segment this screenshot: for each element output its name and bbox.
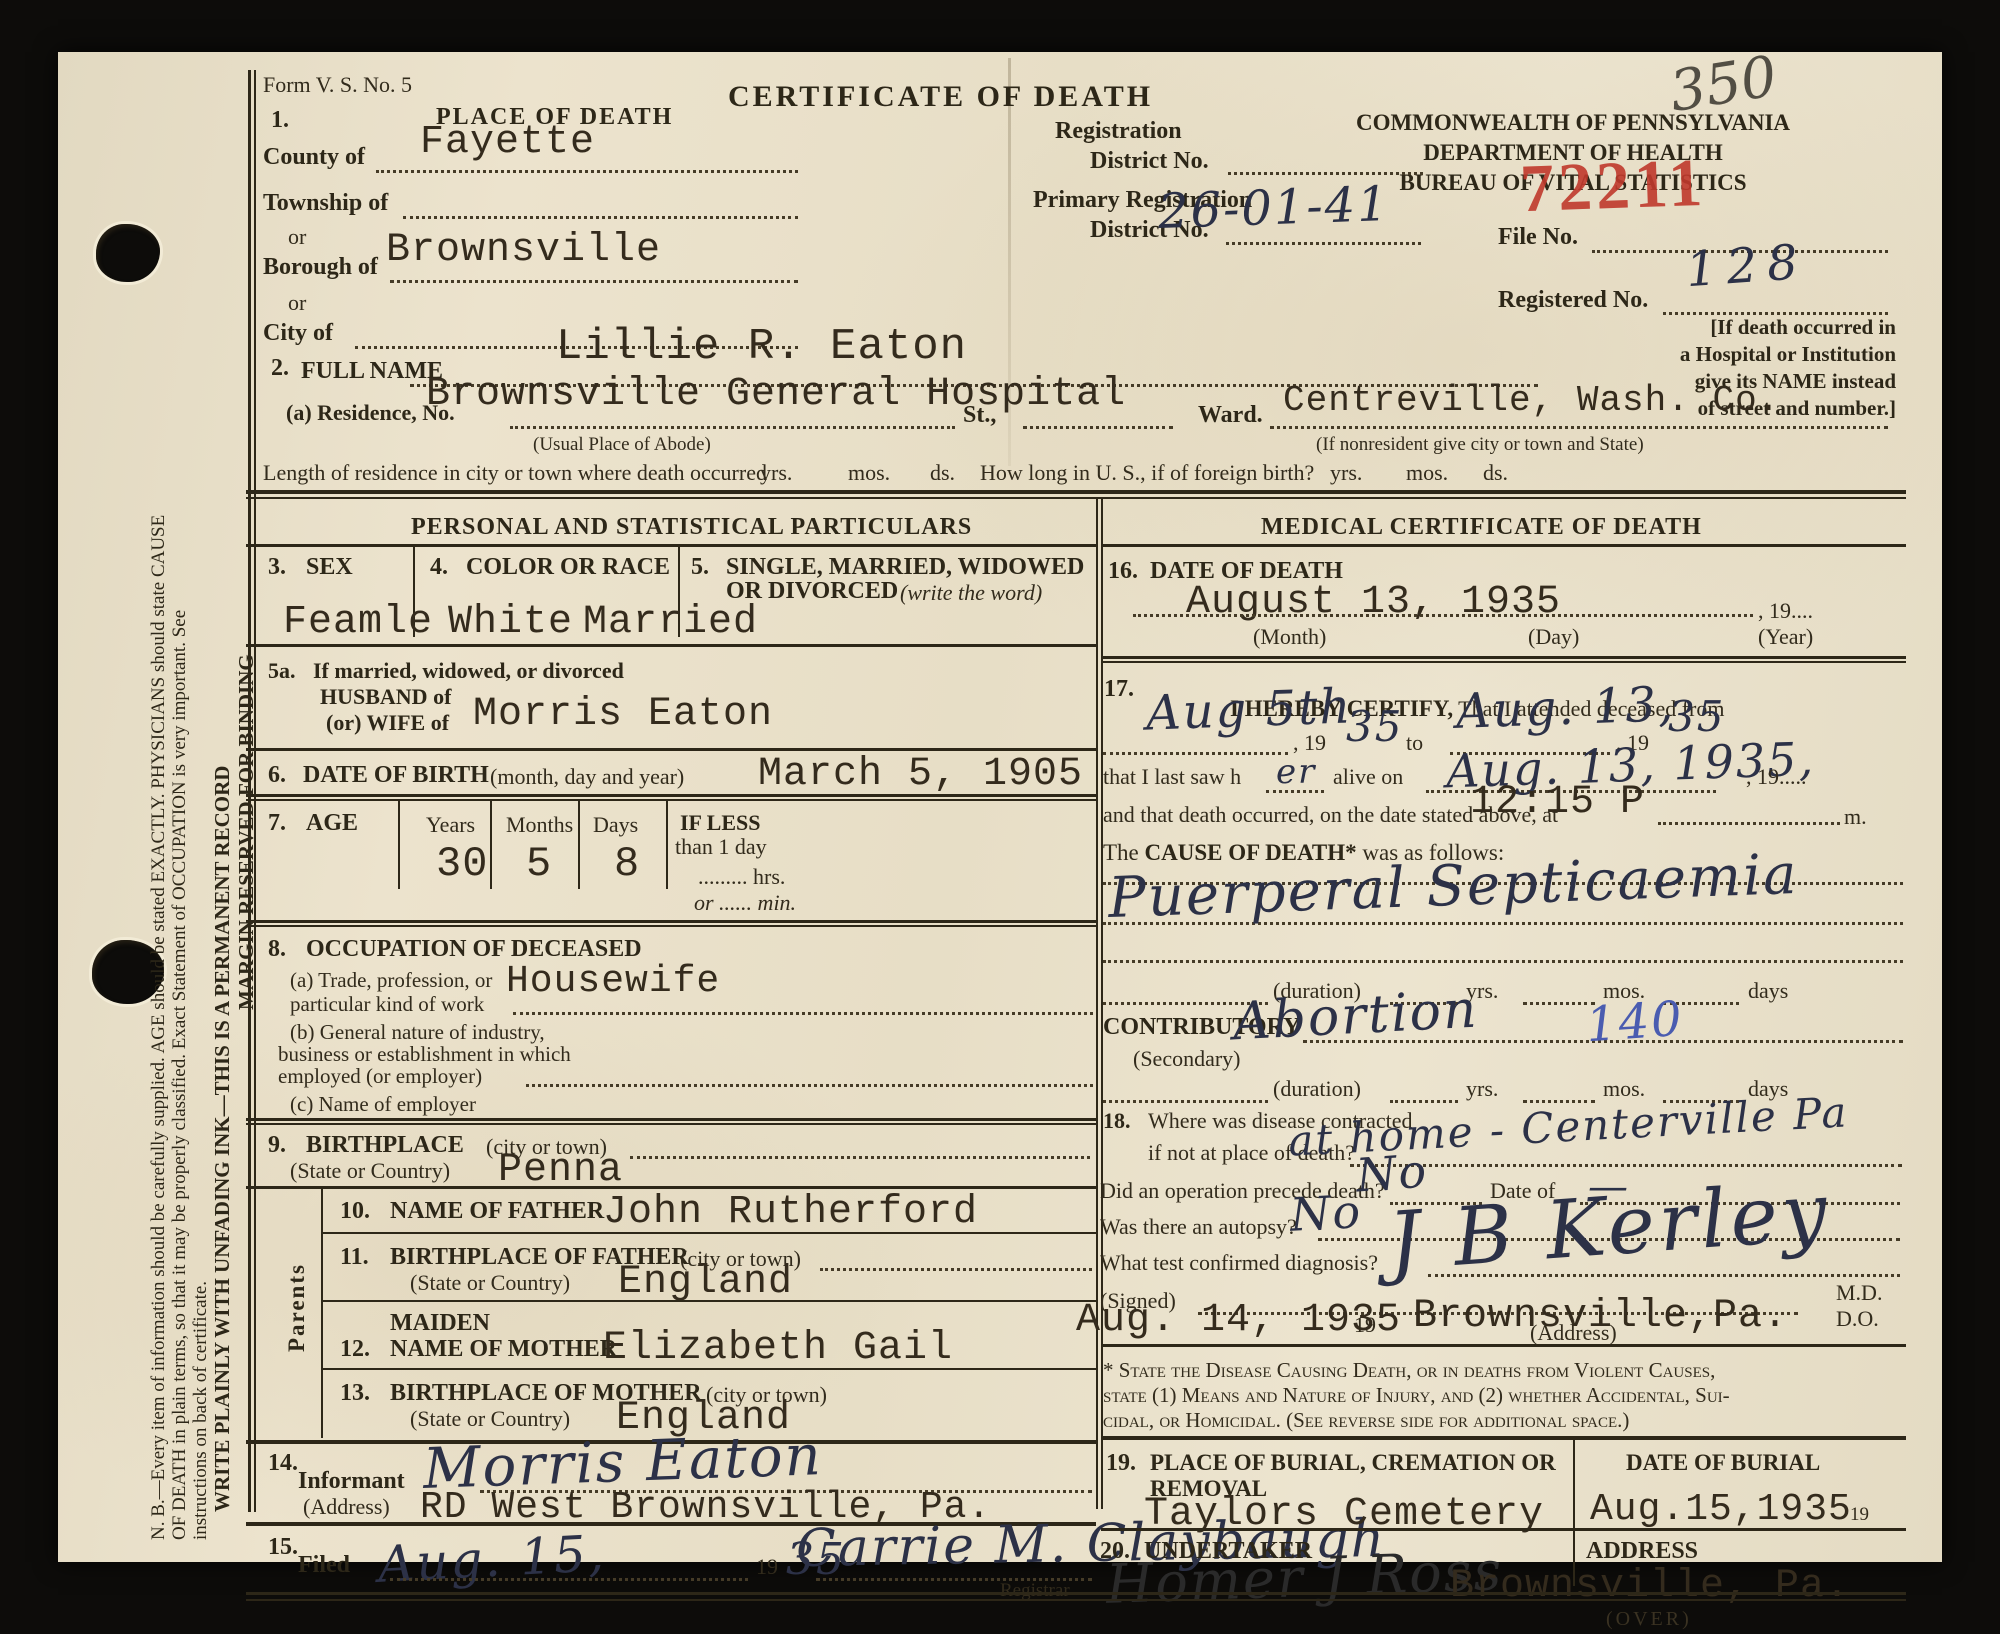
howlong-yrs-label: yrs. <box>1330 460 1362 486</box>
main-hrule-top <box>246 490 1906 494</box>
dod-day-note: (Day) <box>1528 624 1579 650</box>
registered-no-label: Registered No. <box>1498 287 1648 314</box>
informant-label: Informant <box>298 1468 405 1495</box>
sex-number: 3. <box>268 554 286 581</box>
burial-label-line1: PLACE OF BURIAL, CREMATION OR <box>1150 1450 1556 1476</box>
age-months-value: 5 <box>526 840 552 888</box>
filed-label: Filed <box>298 1552 350 1579</box>
maiden-label: MAIDEN <box>390 1310 490 1337</box>
burial-address-value: Brownsville, Pa. <box>1450 1564 1850 1609</box>
marital-label-line1: SINGLE, MARRIED, WIDOWED <box>726 554 1084 581</box>
dob-rule-a <box>246 794 1096 797</box>
marital-number: 5. <box>691 554 709 581</box>
dod-year-note: (Year) <box>1758 624 1813 650</box>
occupation-c-label: (c) Name of employer <box>290 1092 476 1117</box>
form-number: Form V. S. No. 5 <box>263 72 412 98</box>
attended-from-leader <box>1103 734 1288 755</box>
to-year-handwritten: 35 <box>1668 692 1725 741</box>
mother-number: 12. <box>340 1336 370 1363</box>
occupation-b-leader <box>526 1064 1093 1087</box>
nonresident-note: (If nonresident give city or town and St… <box>1316 434 1644 456</box>
item2-number: 2. <box>271 355 289 382</box>
md-label: M.D. <box>1836 1280 1882 1306</box>
age-months-label: Months <box>506 812 573 838</box>
age-divider-d <box>666 799 668 889</box>
duration2-yrs: yrs. <box>1466 1076 1498 1102</box>
birthplace-number: 9. <box>268 1132 286 1159</box>
signed-address-note: (Address) <box>1530 1320 1617 1346</box>
undertaker-signature: Homer J Ross <box>1105 1539 1504 1616</box>
lastsaw-pre-label: that I last saw h <box>1103 764 1241 790</box>
punch-hole-top <box>96 224 160 282</box>
burial-top-rule <box>1101 1436 1906 1440</box>
borough-label: Borough of <box>263 254 378 281</box>
mother-rule <box>323 1368 1096 1370</box>
township-label: Township of <box>263 190 388 217</box>
bottom-rule-a <box>246 1592 1906 1595</box>
burial-number: 19. <box>1106 1450 1136 1477</box>
burial-address-label: ADDRESS <box>1586 1538 1698 1565</box>
medical-title-rule <box>1101 544 1906 547</box>
age-min-label: or ...... min. <box>694 890 796 916</box>
personal-section-title: PERSONAL AND STATISTICAL PARTICULARS <box>411 514 972 541</box>
dod-month-note: (Month) <box>1253 624 1326 650</box>
certificate-sheet: N. B.—Every item of information should b… <box>58 52 1942 1562</box>
race-number: 4. <box>430 554 448 581</box>
dod-printed-19: , 19.... <box>1758 598 1813 624</box>
occupation-label: OCCUPATION OF DECEASED <box>306 936 642 963</box>
or-label-1: or <box>288 224 306 250</box>
mother-bp-note2: (State or Country) <box>410 1406 570 1432</box>
father-bp-rule <box>323 1300 1096 1302</box>
filed-leader1 <box>390 1558 748 1581</box>
residence-value: Brownsville General Hospital <box>426 372 1126 417</box>
margin-note-nb-line2: OF DEATH in plain terms, so that it may … <box>169 610 191 1540</box>
signed-printed-19: 19 <box>1354 1312 1376 1338</box>
ward-value: Centreville, Wash. Co. <box>1283 380 1780 421</box>
file-no-stamp: 72211 <box>1519 143 1708 228</box>
age-divider-c <box>578 799 580 889</box>
age-divider-b <box>490 799 492 889</box>
parents-group-label: Parents <box>284 1263 310 1352</box>
howlong-label: How long in U. S., if of foreign birth? <box>980 460 1314 486</box>
howlong-mos-label: mos. <box>1406 460 1448 486</box>
column-divider-a <box>1096 497 1098 1509</box>
duration2-leader1 <box>1103 1096 1268 1103</box>
lastsaw-leader1 <box>1266 786 1324 793</box>
length-mos-label: mos. <box>848 460 890 486</box>
lastsaw-post-label: alive on <box>1333 764 1403 790</box>
race-label: COLOR OR RACE <box>466 554 670 581</box>
husband-label: HUSBAND of <box>320 684 451 710</box>
duration1-days: days <box>1748 978 1788 1004</box>
signed-date-value: Aug. 14, 1935 <box>1076 1298 1401 1343</box>
spouse-row-rule <box>246 748 1096 751</box>
burial-printed-19: 19 <box>1850 1504 1869 1526</box>
burial-mid-rule <box>1101 1528 1906 1531</box>
birthplace-leader <box>630 1136 1090 1159</box>
marital-value: Married <box>583 600 758 645</box>
mother-value: Elizabeth Gail <box>603 1326 953 1371</box>
margin-note-write-plainly: WRITE PLAINLY WITH UNFADING INK—THIS IS … <box>210 766 235 1512</box>
dob-note: (month, day and year) <box>490 764 684 790</box>
occupation-rule-a <box>246 1118 1096 1121</box>
age-label: AGE <box>306 810 358 837</box>
or-label-2: or <box>288 290 306 316</box>
length-ds-label: ds. <box>930 460 955 486</box>
father-bp-number: 11. <box>340 1244 369 1271</box>
time-m-label: m. <box>1844 804 1867 830</box>
age-years-label: Years <box>426 812 475 838</box>
race-value: White <box>448 600 573 645</box>
footnote-line2: state (1) Means and Nature of Injury, an… <box>1103 1383 1730 1408</box>
file-no-label: File No. <box>1498 224 1578 251</box>
bottom-rule-b <box>246 1599 1906 1601</box>
age-days-value: 8 <box>614 840 640 888</box>
main-hrule-top2 <box>246 497 1906 499</box>
father-bp-value: England <box>618 1260 793 1305</box>
father-bp-note2: (State or Country) <box>410 1270 570 1296</box>
contributory-handwritten: Abortion <box>1232 980 1480 1053</box>
over-label: (OVER) <box>1606 1608 1692 1631</box>
birthplace-label: BIRTHPLACE <box>306 1132 464 1159</box>
informant-address-label: (Address) <box>303 1494 390 1520</box>
registration-leader <box>1228 150 1423 175</box>
hospital-note-line2: a Hospital or Institution <box>1640 341 1896 368</box>
time-of-death-value: 12:15 P <box>1470 780 1645 825</box>
filed-number: 15. <box>268 1534 298 1561</box>
attended-to-label: to <box>1406 730 1423 756</box>
father-rule <box>323 1232 1096 1234</box>
sex-label: SEX <box>306 554 353 581</box>
occupation-a-line1: (a) Trade, profession, or <box>290 968 492 993</box>
code-handwritten: 140 <box>1584 991 1685 1054</box>
registration-label1: Registration <box>1055 118 1182 145</box>
father-value: John Rutherford <box>603 1190 978 1235</box>
printed-19-c: , 19..... <box>1746 764 1807 790</box>
registered-no-value: 128 <box>1684 234 1809 298</box>
hospital-note-line1: [If death occurred in <box>1640 314 1896 341</box>
dob-number: 6. <box>268 762 286 789</box>
signed-bottom-rule <box>1101 1344 1906 1347</box>
dod-leader <box>1133 594 1753 617</box>
registration-label2: District No. <box>1090 148 1209 175</box>
age-years-value: 30 <box>436 840 488 888</box>
county-label: County of <box>263 144 365 171</box>
from-year-handwritten: 35 <box>1346 702 1403 751</box>
filed-printed-19: 19 <box>756 1554 778 1580</box>
township-leader <box>403 194 798 219</box>
medical-section-title: MEDICAL CERTIFICATE OF DEATH <box>1261 514 1702 541</box>
father-label: NAME OF FATHER <box>390 1198 604 1225</box>
autopsy-label: Was there an autopsy? <box>1100 1214 1297 1240</box>
age-divider-a <box>398 799 400 889</box>
commonwealth-line: COMMONWEALTH OF PENNSYLVANIA <box>1303 108 1843 138</box>
howlong-ds-label: ds. <box>1483 460 1508 486</box>
ifless-label-line2: than 1 day <box>675 834 767 860</box>
birthplace-note2: (State or Country) <box>290 1158 450 1184</box>
age-rule-b <box>246 925 1096 927</box>
certify-number: 17. <box>1104 676 1134 703</box>
scanned-death-certificate: { "margin": { "nb1": "N. B.\u2014Every i… <box>0 0 2000 1634</box>
margin-rule-outer <box>248 70 251 1512</box>
burial-date-label: DATE OF BURIAL <box>1626 1450 1820 1476</box>
item5a-label: If married, widowed, or divorced <box>313 658 624 684</box>
length-yrs-label: yrs. <box>760 460 792 486</box>
father-number: 10. <box>340 1198 370 1225</box>
ward-label: Ward. <box>1198 402 1263 429</box>
parents-bracket-line <box>321 1186 323 1438</box>
certificate-title: CERTIFICATE OF DEATH <box>728 80 1153 114</box>
age-days-label: Days <box>593 812 638 838</box>
cause-leader3 <box>1103 956 1903 963</box>
dob-value: March 5, 1905 <box>758 752 1083 797</box>
city-label: City of <box>263 320 333 347</box>
primary-registration-value: 26-01-41 <box>1157 176 1390 240</box>
birthplace-rule <box>246 1186 1096 1189</box>
do-label: D.O. <box>1836 1306 1879 1332</box>
occupation-b-line3: employed (or employer) <box>278 1064 482 1089</box>
margin-note-nb-line1: N. B.—Every item of information should b… <box>148 515 170 1540</box>
burial-date-value: Aug.15,1935 <box>1590 1488 1852 1531</box>
full-name-value: Lillie R. Eaton <box>556 322 967 372</box>
dod-number: 16. <box>1108 558 1138 585</box>
secondary-note: (Secondary) <box>1133 1046 1241 1072</box>
q18-number: 18. <box>1103 1108 1131 1134</box>
age-hrs-label: ......... hrs. <box>698 864 785 890</box>
spouse-value: Morris Eaton <box>473 692 773 737</box>
margin-note-nb-line3: instructions on back of certificate. <box>190 1281 212 1540</box>
wife-label: (or) WIFE of <box>326 710 449 736</box>
cause-pre-text: The <box>1103 840 1145 865</box>
occupation-value: Housewife <box>506 960 720 1003</box>
dod-rule-a <box>1101 656 1906 659</box>
ifless-label-line1: IF LESS <box>680 810 761 836</box>
age-rule-a <box>246 920 1096 923</box>
personal-title-rule <box>246 544 1096 547</box>
time-leader <box>1658 804 1840 825</box>
sex-value: Feamle <box>283 600 433 645</box>
occupation-number: 8. <box>268 936 286 963</box>
informant-number: 14. <box>268 1450 298 1477</box>
item1-number: 1. <box>271 107 289 134</box>
footnote-line3: cidal, or Homicidal. (See reverse side f… <box>1103 1408 1629 1433</box>
item5a-number: 5a. <box>268 658 296 684</box>
margin-rule-inner <box>254 70 256 1512</box>
street-leader <box>1023 404 1173 429</box>
father-bp-leader <box>820 1248 1092 1271</box>
mother-label: NAME OF MOTHER <box>390 1336 617 1363</box>
sex-row-rule <box>246 644 1096 647</box>
autopsy-handwritten: No <box>1289 1184 1364 1242</box>
mother-bp-number: 13. <box>340 1380 370 1407</box>
occupation-rule-b <box>246 1123 1096 1125</box>
street-label: St., <box>963 402 996 429</box>
footnote-line1: * State the Disease Causing Death, or in… <box>1103 1358 1715 1383</box>
age-number: 7. <box>268 810 286 837</box>
dob-rule-b <box>246 799 1096 801</box>
county-value: Fayette <box>420 120 595 165</box>
dod-rule-b <box>1101 661 1906 663</box>
borough-value: Brownsville <box>386 228 661 273</box>
occupation-a-line2: particular kind of work <box>290 992 484 1017</box>
duration2-note: (duration) <box>1273 1076 1361 1102</box>
length-residence-label: Length of residence in city or town wher… <box>263 460 767 486</box>
marital-note: (write the word) <box>900 580 1042 606</box>
abode-note: (Usual Place of Abode) <box>533 434 711 456</box>
duration2-leader2 <box>1390 1096 1458 1103</box>
test-label: What test confirmed diagnosis? <box>1100 1250 1378 1276</box>
dob-label: DATE OF BIRTH <box>303 762 489 789</box>
